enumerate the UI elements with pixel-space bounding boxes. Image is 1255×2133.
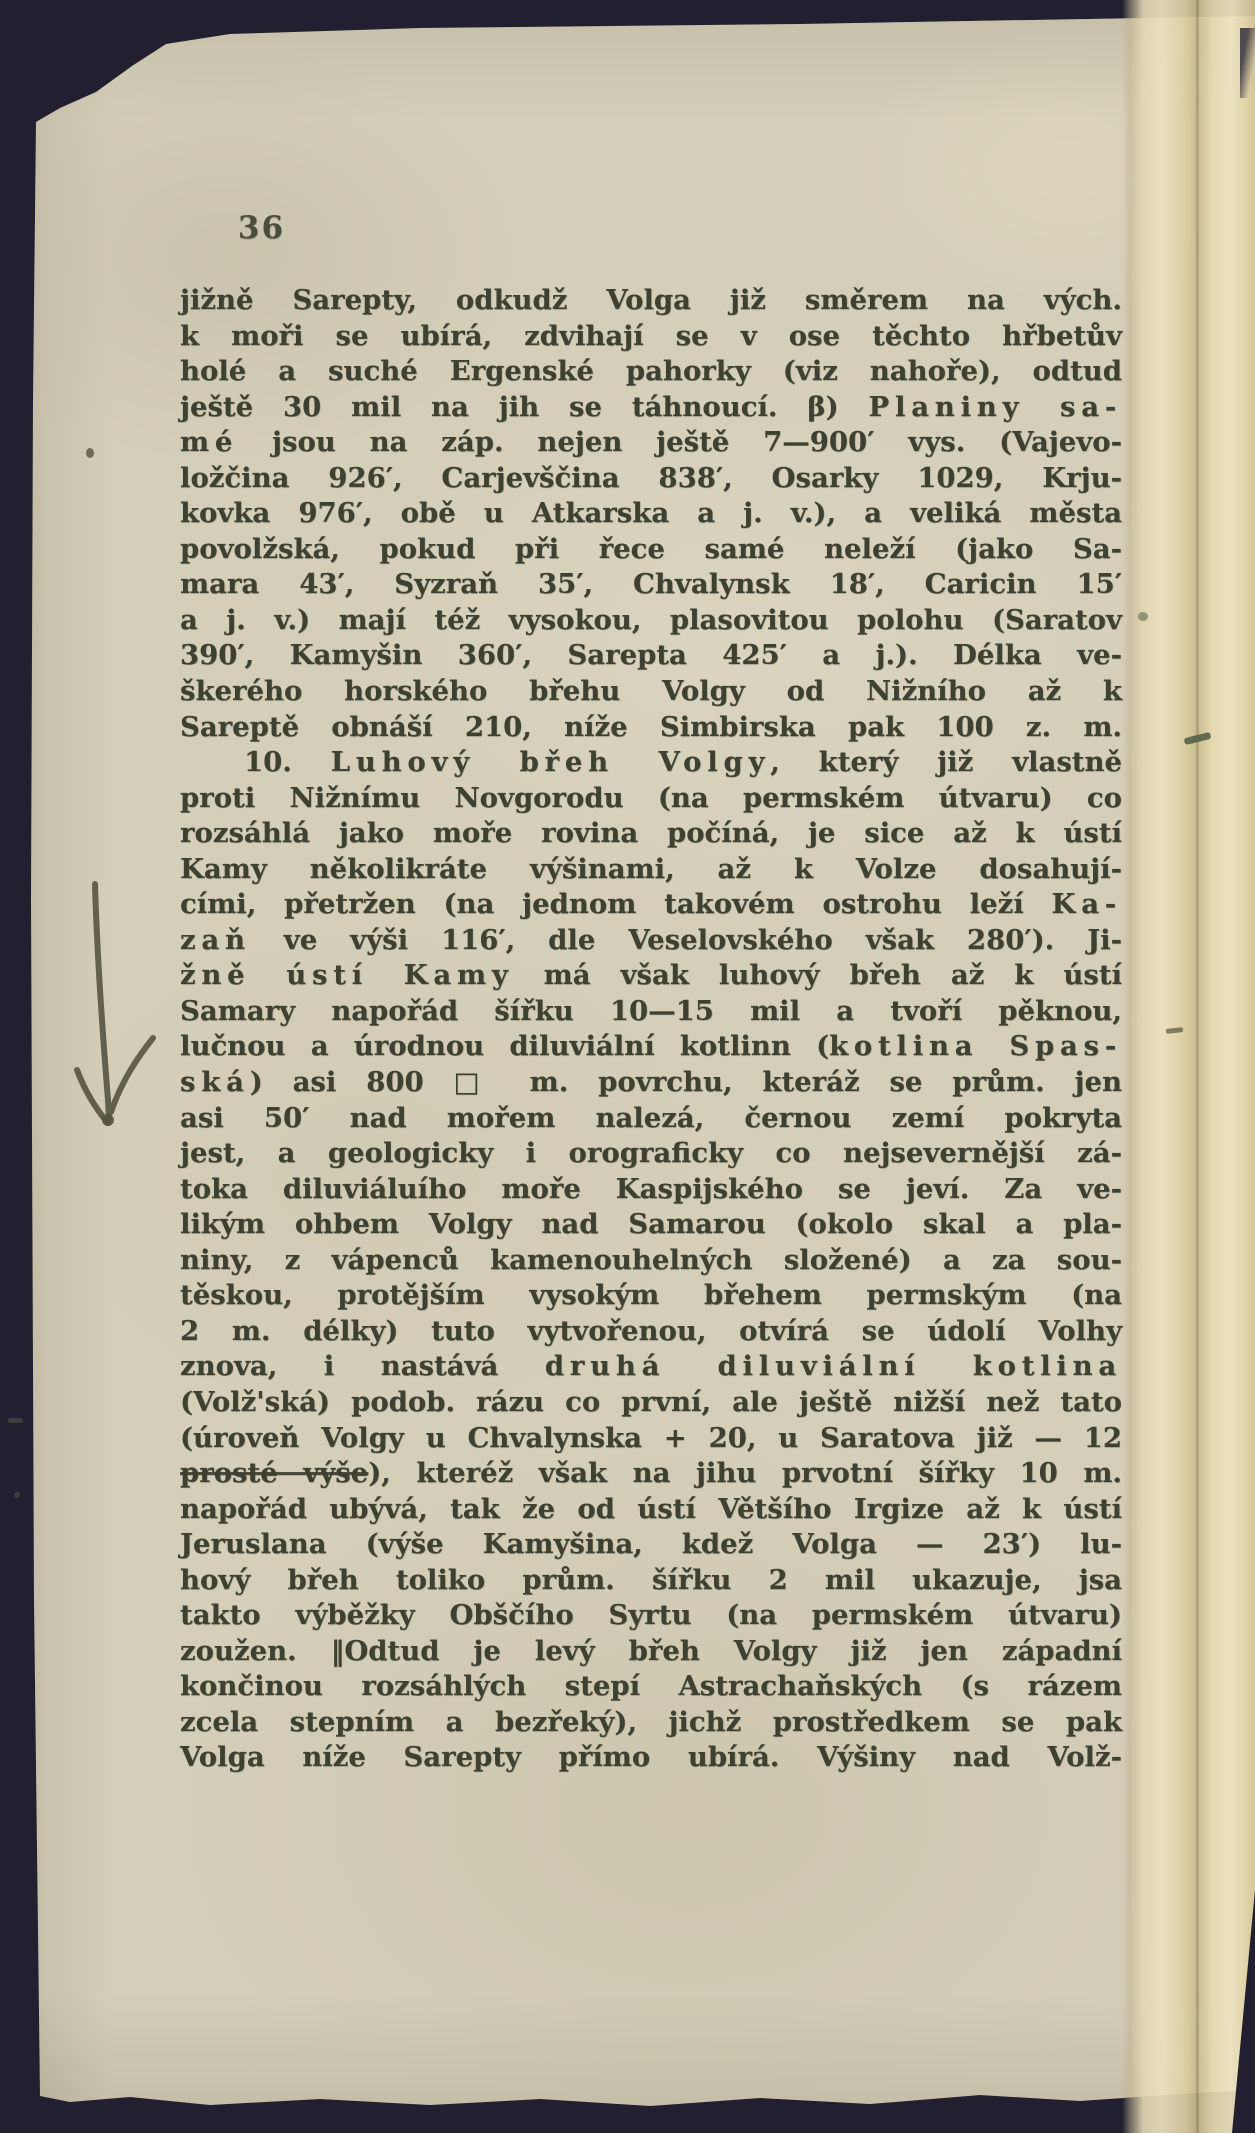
text-line: 2 m. délky) tuto vytvořenou, otvírá se ú…	[180, 1314, 1122, 1350]
page-number: 36	[238, 210, 285, 246]
text-segment: napořád ubývá, tak že od ústí Většího Ir…	[180, 1493, 1122, 1525]
text-segment: povolžská, pokud při řece samé neleží (j…	[180, 533, 1122, 565]
text-line: povolžská, pokud při řece samé neleží (j…	[180, 532, 1122, 568]
text-segment: jsou na záp. nejen ještě 7—900′ vys. (Va…	[238, 426, 1122, 458]
text-segment: takto výběžky Obščího Syrtu (na permském…	[180, 1599, 1122, 1631]
text-line: hový břeh toliko prům. šířku 2 mil ukazu…	[180, 1563, 1122, 1599]
text-segment: Luhový břeh Volgy	[331, 746, 771, 778]
text-segment: má však luhový břeh až k ústí	[514, 959, 1122, 991]
text-line: končinou rozsáhlých stepí Astrachaňských…	[180, 1669, 1122, 1705]
text-segment: kotlina Spas-	[829, 1030, 1122, 1062]
text-segment: 390′, Kamyšin 360′, Sarepta 425′ a j.). …	[180, 639, 1122, 671]
text-line: prosté výše), kteréž však na jihu prvotn…	[180, 1456, 1122, 1492]
text-line: (Volž'ská) podob. rázu co první, ale ješ…	[180, 1385, 1122, 1421]
text-segment: toka diluviáluího moře Kaspijského se je…	[180, 1173, 1122, 1205]
text-line: kovka 976′, obě u Atkarska a j. v.), a v…	[180, 496, 1122, 532]
text-line: cími, přetržen (na jednom takovém ostroh…	[180, 887, 1122, 923]
text-line: škerého horského břehu Volgy od Nižního …	[180, 674, 1122, 710]
text-segment: Jeruslana (výše Kamyšina, kdež Volga — 2…	[180, 1528, 1122, 1560]
text-segment: Samary napořád šířku 10—15 mil a tvoří p…	[180, 995, 1122, 1027]
text-segment: ská	[180, 1066, 250, 1098]
text-segment: a j. v.) mají též vysokou, plasovitou po…	[180, 604, 1122, 636]
ink-speck	[1138, 612, 1148, 621]
text-segment: cími, přetržen (na jednom takovém ostroh…	[180, 888, 1052, 920]
ink-speck	[14, 1492, 20, 1498]
text-segment: niny, z vápenců kamenouhelných složené) …	[180, 1244, 1122, 1276]
text-segment: rozsáhlá jako moře rovina počíná, je sic…	[180, 817, 1122, 849]
text-segment: kovka 976′, obě u Atkarska a j. v.), a v…	[180, 497, 1122, 529]
text-segment: , který již vlastně	[770, 746, 1122, 778]
text-segment: 2 m. délky) tuto vytvořenou, otvírá se ú…	[180, 1315, 1122, 1347]
text-line: 10. Luhový břeh Volgy, který již vlastně	[180, 745, 1122, 781]
text-segment: (úroveň Volgy u Chvalynska + 20, u Sarat…	[180, 1422, 1122, 1454]
text-line: napořád ubývá, tak že od ústí Většího Ir…	[180, 1492, 1122, 1528]
text-line: asi 50′ nad mořem nalezá, černou zemí po…	[180, 1101, 1122, 1137]
text-line: žně ústí Kamy má však luhový břeh až k ú…	[180, 958, 1122, 994]
text-line: zaň ve výši 116′, dle Veselovského však …	[180, 923, 1122, 959]
text-segment: mara 43′, Syzraň 35′, Chvalynsk 18′, Car…	[180, 568, 1122, 600]
text-segment: zaň	[180, 924, 251, 956]
text-line: Volga níže Sarepty přímo ubírá. Výšiny n…	[180, 1740, 1122, 1776]
text-segment: k moři se ubírá, zdvihají se v ose těcht…	[180, 320, 1122, 352]
text-line: holé a suché Ergenské pahorky (viz nahoř…	[180, 354, 1122, 390]
text-line: toka diluviáluího moře Kaspijského se je…	[180, 1172, 1122, 1208]
text-segment: škerého horského břehu Volgy od Nižního …	[180, 675, 1122, 707]
ink-speck	[8, 1418, 23, 1423]
scanned-book-page: 36 jižně Sarepty, odkudž Volga již směre…	[0, 0, 1255, 2133]
text-line: rozsáhlá jako moře rovina počíná, je sic…	[180, 816, 1122, 852]
text-line: proti Nižnímu Novgorodu (na permském útv…	[180, 781, 1122, 817]
text-segment: zoužen. ‖Odtud je levý břeh Volgy již je…	[180, 1635, 1122, 1667]
text-line: ská) asi 800 □ m. povrchu, kteráž se prů…	[180, 1065, 1122, 1101]
text-segment: prosté výše	[180, 1457, 368, 1489]
text-segment: holé a suché Ergenské pahorky (viz nahoř…	[180, 355, 1122, 387]
text-line: zcela stepním a bezřeký), jichž prostřed…	[180, 1705, 1122, 1741]
text-segment: asi 50′ nad mořem nalezá, černou zemí po…	[180, 1102, 1122, 1134]
text-segment: Planiny sa-	[869, 391, 1122, 423]
text-segment: Sareptě obnáší 210, níže Simbirska pak 1…	[180, 711, 1122, 743]
text-segment: ) asi 800 □ m. povrchu, kteráž se prům. …	[250, 1066, 1122, 1098]
text-segment: jižně Sarepty, odkudž Volga již směrem n…	[180, 284, 1122, 316]
text-segment: Ka-	[1052, 888, 1122, 920]
text-segment: mé	[180, 426, 238, 458]
text-segment: znova, i nastává	[180, 1350, 545, 1382]
text-line: jižně Sarepty, odkudž Volga již směrem n…	[180, 283, 1122, 319]
book-fore-edge	[1122, 0, 1255, 2133]
text-segment: končinou rozsáhlých stepí Astrachaňských…	[180, 1670, 1122, 1702]
text-line: ložčina 926′, Carjevščina 838′, Osarky 1…	[180, 461, 1122, 497]
text-line: Sareptě obnáší 210, níže Simbirska pak 1…	[180, 710, 1122, 746]
text-segment: (Volž'ská) podob. rázu co první, ale ješ…	[180, 1386, 1122, 1418]
text-segment: Volga níže Sarepty přímo ubírá. Výšiny n…	[180, 1741, 1122, 1773]
text-line: Kamy několikráte výšinami, až k Volze do…	[180, 852, 1122, 888]
text-segment: ještě 30 mil na jih se táhnoucí. β)	[180, 391, 869, 423]
text-line: Samary napořád šířku 10—15 mil a tvoří p…	[180, 994, 1122, 1030]
text-line: mara 43′, Syzraň 35′, Chvalynsk 18′, Car…	[180, 567, 1122, 603]
text-segment: jest, a geologicky i orograficky co nejs…	[180, 1137, 1122, 1169]
text-line: ještě 30 mil na jih se táhnoucí. β) Plan…	[180, 390, 1122, 426]
text-line: niny, z vápenců kamenouhelných složené) …	[180, 1243, 1122, 1279]
text-segment: druhá diluviální kotlina	[545, 1350, 1122, 1382]
ink-speck	[86, 448, 94, 458]
text-segment: hový břeh toliko prům. šířku 2 mil ukazu…	[180, 1564, 1122, 1596]
text-segment: Kamy několikráte výšinami, až k Volze do…	[180, 853, 1122, 885]
text-segment: 10.	[244, 746, 331, 778]
text-segment: proti Nižnímu Novgorodu (na permském útv…	[180, 782, 1122, 814]
scan-shadow-top-right	[1240, 28, 1255, 98]
pen-arrow-tip	[102, 1114, 114, 1126]
text-segment: ), kteréž však na jihu prvotní šířky 10 …	[368, 1457, 1122, 1489]
text-line: likým ohbem Volgy nad Samarou (okolo ska…	[180, 1207, 1122, 1243]
text-segment: těskou, protějším vysokým břehem permský…	[180, 1279, 1122, 1311]
text-line: Jeruslana (výše Kamyšina, kdež Volga — 2…	[180, 1527, 1122, 1563]
pen-arrow-mark	[58, 858, 188, 1158]
page-text: jižně Sarepty, odkudž Volga již směrem n…	[180, 283, 1122, 1776]
text-line: (úroveň Volgy u Chvalynska + 20, u Sarat…	[180, 1421, 1122, 1457]
text-segment: zcela stepním a bezřeký), jichž prostřed…	[180, 1706, 1122, 1738]
text-line: takto výběžky Obščího Syrtu (na permském…	[180, 1598, 1122, 1634]
text-segment: ve výši 116′, dle Veselovského však 280′…	[251, 924, 1122, 956]
text-segment: lučnou a úrodnou diluviální kotlinn (	[180, 1030, 829, 1062]
text-line: k moři se ubírá, zdvihají se v ose těcht…	[180, 319, 1122, 355]
text-line: 390′, Kamyšin 360′, Sarepta 425′ a j.). …	[180, 638, 1122, 674]
text-line: jest, a geologicky i orograficky co nejs…	[180, 1136, 1122, 1172]
text-line: těskou, protějším vysokým břehem permský…	[180, 1278, 1122, 1314]
text-line: zoužen. ‖Odtud je levý břeh Volgy již je…	[180, 1634, 1122, 1670]
text-segment: žně ústí Kamy	[180, 959, 514, 991]
text-line: lučnou a úrodnou diluviální kotlinn (kot…	[180, 1029, 1122, 1065]
text-segment: likým ohbem Volgy nad Samarou (okolo ska…	[180, 1208, 1122, 1240]
text-line: a j. v.) mají též vysokou, plasovitou po…	[180, 603, 1122, 639]
text-segment: ložčina 926′, Carjevščina 838′, Osarky 1…	[180, 462, 1122, 494]
text-line: mé jsou na záp. nejen ještě 7—900′ vys. …	[180, 425, 1122, 461]
text-line: znova, i nastává druhá diluviální kotlin…	[180, 1349, 1122, 1385]
